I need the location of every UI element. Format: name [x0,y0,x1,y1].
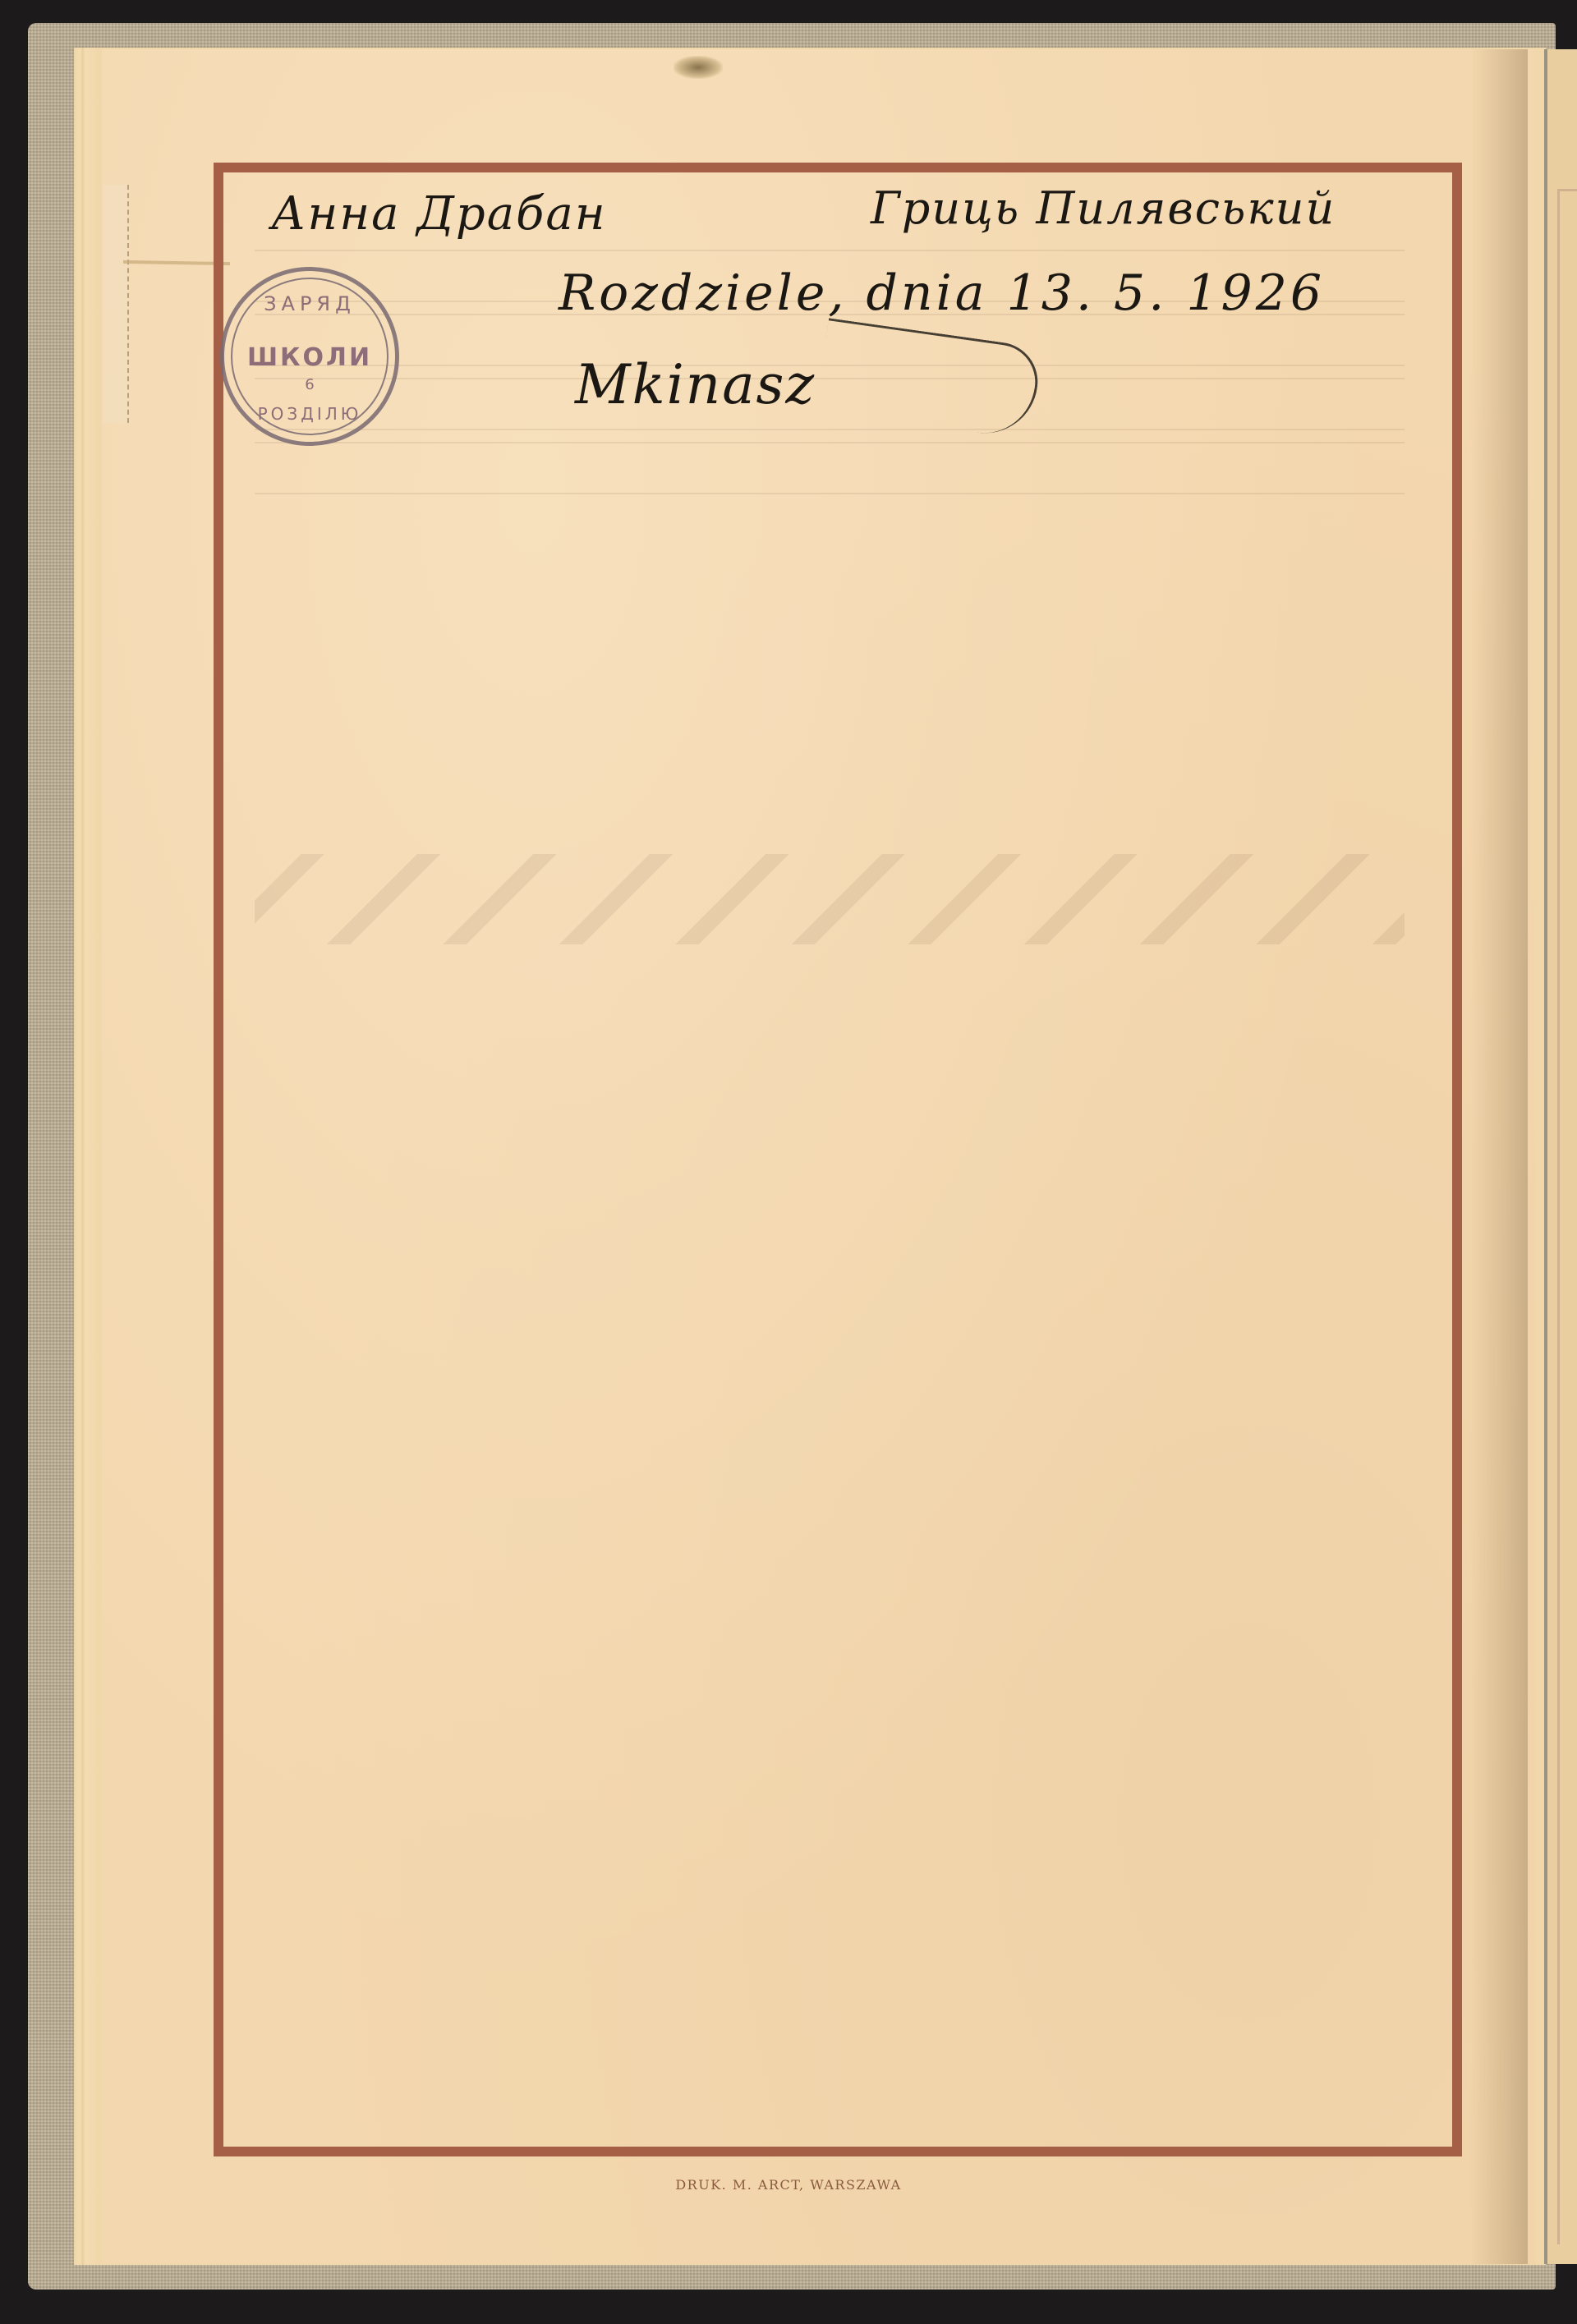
stamp-residue [103,185,129,423]
gutter-shadow [1470,49,1528,2264]
signature-left: Анна Драбан [271,187,607,241]
stamp-middle-text: ШКОЛИ [224,343,395,372]
place-date: Rozdziele, dnia 13. 5. 1926 [559,264,1325,322]
stain-mark [674,56,723,79]
stamp-bottom-text: РОЗДІЛЮ [224,404,395,424]
facing-page-frame [1557,189,1577,2244]
facing-page-edge [1544,49,1577,2264]
school-stamp: ЗАРЯД ШКОЛИ 6 РОЗДІЛЮ [220,267,399,446]
stamp-number: 6 [224,376,395,393]
decorative-frame [214,163,1462,2156]
signature-teacher: Mkinasz [575,353,816,416]
printer-imprint: DRUK. M. ARCT, WARSZAWA [0,2177,1577,2193]
stamp-top-text: ЗАРЯД [224,292,395,315]
signature-right: Гриць Пилявський [871,182,1336,234]
